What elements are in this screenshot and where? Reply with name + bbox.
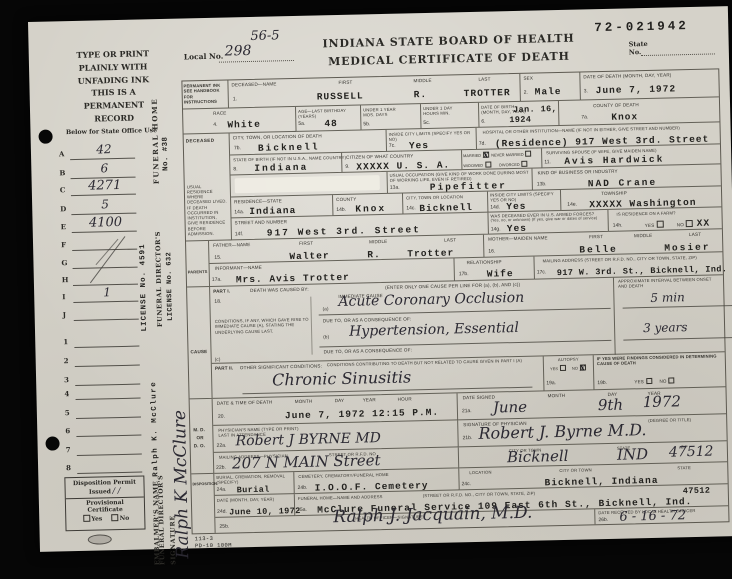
stub-row-I: I1 <box>62 291 138 306</box>
autopsy-yes-no: YES NO <box>544 362 593 372</box>
field-number: 5b. <box>363 121 370 127</box>
section-label-do: D. O. <box>194 443 206 449</box>
instruction-line: UNFADING INK <box>65 73 161 88</box>
field-number: 14a. <box>234 209 244 215</box>
field-label: DATE (MONTH, DAY, YEAR) <box>215 494 294 503</box>
field-label: MIDDLE <box>413 78 431 84</box>
date-signed-year: 1972 <box>643 392 682 411</box>
field-number: 25b. <box>219 524 229 530</box>
part2-value: Chronic Sinusitis <box>272 367 411 389</box>
field-number: 7a. <box>581 114 588 120</box>
farm-yes-checkbox <box>656 221 663 228</box>
cause-b-tag: (b) <box>323 334 329 340</box>
field-label: FATHER—NAME <box>213 242 250 249</box>
cause-a-interval: 5 min <box>650 290 685 305</box>
section-strip-cause: CAUSE <box>187 287 213 399</box>
stub-row-2: 2 <box>64 355 140 370</box>
stub-row-8: 8 <box>66 462 142 477</box>
field-label: TOWNSHIP <box>601 190 627 196</box>
field-number: 7c. <box>389 143 396 149</box>
field-number: 14g. <box>491 226 501 232</box>
field-number: 26b. <box>598 517 608 523</box>
scanned-certificate-paper: TYPE OR PRINT PLAINLY WITH UNFADING INK … <box>28 6 732 552</box>
date-of-death-value: June 7, 1972 <box>596 83 677 96</box>
stub-instructions: TYPE OR PRINT PLAINLY WITH UNFADING INK … <box>65 47 163 126</box>
field-label: DECEASED—NAME <box>231 81 276 88</box>
stub-row-key: J <box>63 310 67 319</box>
section-strip-disposition: DISPOSITION <box>191 474 215 534</box>
usual-residence-note: USUAL RESIDENCE WHERE DECEASED LIVED. IF… <box>184 145 231 236</box>
field-sex: SEX 2. Male <box>520 72 581 101</box>
race-value: White <box>227 119 261 131</box>
field-age: AGE—LAST BIRTHDAY (YEARS) 5a. 48 <box>296 105 362 131</box>
field-sublabel: MOS. DAYS <box>361 111 420 118</box>
field-label: STATE <box>677 465 691 471</box>
field-sublabel: HOURS MIN. <box>421 110 478 117</box>
field-inside-city-limits-death: INSIDE CITY LIMITS (SPECIFY YES OR NO) 7… <box>387 128 477 152</box>
hole-punch-top <box>38 129 52 143</box>
stub-row-key: F <box>61 240 66 249</box>
field-disposition-date: DATE (MONTH, DAY, YEAR) 24d. June 10, 19… <box>215 494 295 518</box>
section-strip-parents: PARENTS <box>186 241 210 288</box>
field-label: MONTH <box>295 399 313 405</box>
field-label: SEX <box>523 76 533 82</box>
field-label: DATE OF DEATH (MONTH, DAY, YEAR) <box>583 72 671 80</box>
field-number: 19a. <box>546 380 556 386</box>
married-checkbox <box>483 152 489 158</box>
field-label: INFORMANT—NAME <box>215 265 262 272</box>
field-label: INSIDE CITY LIMITS (SPECIFY YES OR NO) <box>387 128 476 143</box>
marital-line-2: WIDOWED DIVORCED <box>462 156 541 168</box>
field-autopsy: AUTOPSY YES NO 19a. <box>544 355 595 391</box>
field-label: CEMETERY, CREMATORY/FUNERAL HOME <box>298 472 388 479</box>
field-label: LAST <box>689 232 701 238</box>
findings-yes-checkbox <box>646 378 652 384</box>
funeral-home-number: No. #38 <box>162 137 171 171</box>
field-number: 14h. <box>613 223 623 229</box>
field-number: 17a. <box>212 277 222 283</box>
field-label: FUNERAL HOME—NAME AND ADDRESS <box>298 494 383 501</box>
stub-row-key: 1 <box>63 337 68 346</box>
findings-no-checkbox <box>669 377 675 383</box>
field-number: 20. <box>218 414 225 420</box>
autopsy-yes-checkbox <box>560 365 566 371</box>
funeral-director-sig-label-1: FUNERAL DIRECTOR'S <box>157 475 166 565</box>
degree-label: (DEGREE OR TITLE) <box>648 417 691 423</box>
state-no-label-2: No. <box>629 48 642 56</box>
surviving-spouse-value: Avis Hardwick <box>564 154 664 167</box>
director-license-number-vertical: LICENSE No. 632 <box>165 252 175 321</box>
stub-row-1: 1 <box>63 336 139 351</box>
stub-row-key: 3 <box>64 375 69 384</box>
physician-name-value: Robert J BYRNE MD <box>235 430 381 449</box>
license-number-vertical: LICENSE No. 4591 <box>139 243 149 331</box>
permanent-ink-note: PERMANENT INK SEE HANDBOOK FOR INSTRUCTI… <box>182 80 228 106</box>
field-number: 4. <box>213 122 217 128</box>
relationship-value: Wife <box>487 268 514 280</box>
date-received-value: 6 - 16 - 72 <box>619 508 686 525</box>
field-residence-on-farm: IS RESIDENCE ON A FARM? 14h. YES NO XX <box>608 207 721 232</box>
funeral-home-zip: 47512 <box>683 486 711 497</box>
physician-state-value: IND <box>617 445 648 464</box>
cause-b-interval: 3 years <box>643 320 688 335</box>
stub-row-value: 42 <box>73 142 135 157</box>
stub-row-key: E <box>61 222 67 231</box>
field-label: MOTHER—MAIDEN NAME <box>488 235 548 242</box>
field-label: CITY, TOWN OR LOCATION <box>406 194 463 201</box>
field-date-of-death: DATE OF DEATH (MONTH, DAY, YEAR) 3. June… <box>580 69 719 100</box>
funeral-home-vertical-label: FUNERAL HOME <box>150 98 161 185</box>
section-label-cause: CAUSE <box>190 349 207 355</box>
field-number: 14e. <box>567 202 577 208</box>
stub-row-key: G <box>61 258 67 267</box>
field-armed-forces: WAS DECEASED EVER IN U.S. ARMED FORCES? … <box>488 210 608 235</box>
city-of-death-value: Bicknell <box>258 141 320 153</box>
father-middle-name: R. <box>367 249 381 260</box>
findings-label: IF YES WERE FINDINGS CONSIDERED IN DETER… <box>594 352 725 366</box>
stub-row-5: 5 <box>65 407 141 422</box>
field-number: 7b. <box>234 145 241 151</box>
field-number: 13b. <box>537 181 547 187</box>
redacted-area <box>235 175 380 193</box>
field-number: 14f. <box>235 231 243 237</box>
field-label: MONTH <box>548 393 566 399</box>
field-number: 17b. <box>459 271 469 277</box>
field-number: 5c. <box>423 120 430 126</box>
widowed-checkbox <box>485 162 491 168</box>
state-of-birth-value: Indiana <box>254 162 308 174</box>
field-race: RACE 4. White <box>183 107 297 135</box>
field-number: 24c. <box>462 481 472 487</box>
field-label: FIRST <box>338 80 352 86</box>
field-state-of-birth: STATE OF BIRTH (IF NOT IN U.S.A., NAME C… <box>230 153 342 176</box>
field-label: CITIZEN OF WHAT COUNTRY <box>346 153 413 160</box>
stub-row-6: 6 <box>65 425 141 440</box>
union-bug <box>88 534 112 545</box>
stub-row-key: 2 <box>64 356 69 365</box>
caused-by-label: DEATH WAS CAUSED BY: <box>250 287 309 294</box>
stub-row-E: E4100 <box>61 221 137 236</box>
field-number: 14d. <box>490 204 500 210</box>
permit-yes-checkbox <box>83 515 90 522</box>
field-findings-considered: IF YES WERE FINDINGS CONSIDERED IN DETER… <box>594 352 726 390</box>
field-label: YEAR <box>363 397 376 403</box>
stub-row-value: 5 <box>74 197 136 212</box>
field-relationship: RELATIONSHIP 17b. Wife <box>454 257 535 282</box>
date-of-birth-month-day: Jan. 16, <box>513 104 557 115</box>
physician-zip-value: 47512 <box>669 444 714 461</box>
permit-issued-dates: / / <box>112 486 120 495</box>
stub-row-7: 7 <box>66 444 142 459</box>
farm-no-mark: XX <box>697 218 711 229</box>
field-label: RESIDENCE—STATE <box>234 198 282 205</box>
field-number: 17c. <box>537 269 547 275</box>
stub-row-4: 4 <box>64 388 140 403</box>
farm-no-label: NO <box>677 220 694 228</box>
farm-yes-label: YES <box>645 221 665 229</box>
field-label: COUNTY OF DEATH <box>593 102 639 109</box>
part1-label: PART I. <box>213 288 230 294</box>
date-time-of-death-value: June 7, 1972 12:15 P.M. <box>285 407 439 421</box>
embalmer-name: Ralph K. McClure <box>150 381 160 477</box>
field-label: COUNTY <box>336 197 356 203</box>
field-number: 1. <box>233 96 237 102</box>
part2-label: PART II. <box>215 365 234 371</box>
field-residence-city-limits: INSIDE CITY LIMITS (SPECIFY YES OR NO) 1… <box>488 190 561 213</box>
section-strip-deceased: DECEASED USUAL RESIDENCE WHERE DECEASED … <box>184 133 232 241</box>
field-label: MIDDLE <box>634 233 652 239</box>
form-code-line-2: PD-10 100M <box>195 542 232 550</box>
stub-row-key: 6 <box>65 426 70 435</box>
stub-row-key: 8 <box>66 463 71 472</box>
field-label: LAST <box>478 77 490 83</box>
interval-header: APPROXIMATE INTERVAL BETWEEN ONSET AND D… <box>618 276 718 289</box>
field-label: MIDDLE <box>369 239 387 245</box>
section-label-deceased: DECEASED <box>184 133 229 146</box>
field-label: FIRST <box>299 241 313 247</box>
field-label: IS RESIDENCE ON A FARM? <box>616 210 675 217</box>
armed-forces-value: Yes <box>507 223 527 234</box>
residence-county-value: Knox <box>355 203 386 215</box>
permit-no-checkbox <box>112 514 119 521</box>
sex-value: Male <box>535 86 562 98</box>
field-number: 14c. <box>406 205 416 211</box>
cause-a-value: Acute Coronary Occlusion <box>338 290 524 310</box>
field-under-1-year: UNDER 1 YEAR MOS. DAYS 5b. <box>361 104 422 130</box>
stub-row-key: C <box>60 185 66 194</box>
due-to-label-c: DUE TO, OR AS A CONSEQUENCE OF: <box>324 347 413 355</box>
field-label: DATE SIGNED <box>463 395 496 401</box>
field-number: 5a. <box>298 121 305 127</box>
age-value: 48 <box>324 118 338 129</box>
cause-c-tag: (c) <box>215 357 221 363</box>
stub-row-value: 4100 <box>74 215 136 231</box>
section-label-or: OR <box>196 435 203 441</box>
father-first-name: Walter <box>289 250 329 262</box>
stub-row-key: 5 <box>65 408 70 417</box>
disposition-permit-box: Disposition Permit Issued / / Provisiona… <box>64 475 145 531</box>
interval-column-divider <box>613 278 616 355</box>
field-number: 19b. <box>597 380 607 386</box>
stub-row-value: 1 <box>76 285 138 300</box>
field-number: 7d. <box>479 141 486 147</box>
field-label: RACE <box>213 111 227 117</box>
field-number: 22a. <box>217 443 227 449</box>
residence-state-value: Indiana <box>249 205 296 217</box>
field-number: 24d. <box>217 509 227 515</box>
field-label: DATE & TIME OF DEATH <box>217 400 273 407</box>
instruction-line: RECORD <box>66 111 162 126</box>
field-number: 13a. <box>390 185 400 191</box>
deceased-first-name: RUSSELL <box>317 90 364 102</box>
field-number: 14b. <box>336 207 346 213</box>
farm-no-checkbox <box>686 220 693 227</box>
hole-punch-bottom <box>45 436 59 450</box>
state-file-number-stamp: 72-021942 <box>594 19 689 35</box>
residence-city-limits-value: Yes <box>506 201 526 212</box>
field-label: DAY <box>335 398 345 404</box>
findings-yes-no: YES NO <box>634 377 675 385</box>
date-of-birth-year: 1924 <box>509 115 531 125</box>
stub-row-key: D <box>60 204 66 213</box>
health-officer-signature-value: Ralph J. Jacquain, M.D. <box>333 503 533 528</box>
date-signed-day: 9th <box>598 396 624 415</box>
field-number: 15. <box>214 255 221 261</box>
deceased-last-name: TROTTER <box>464 87 511 99</box>
field-sublabel: (STREET OR R.F.D. NO., CITY OR TOWN, STA… <box>423 491 535 499</box>
field-burial-cremation: BURIAL, CREMATION, REMOVAL (SPECIFY) 24a… <box>214 472 294 496</box>
permit-yes-no: Yes No <box>66 513 144 523</box>
mother-first-name: Belle <box>579 244 618 256</box>
field-marital-status: MARRIED NEVER MARRIED WIDOWED DIVORCED <box>462 148 542 170</box>
autopsy-no-checkbox <box>580 365 586 371</box>
field-residence-city: CITY, TOWN OR LOCATION 14c. Bicknell <box>403 192 488 215</box>
cause-of-death-part1: PART I. DEATH WAS CAUSED BY: (ENTER ONLY… <box>210 275 725 364</box>
section-label-md: M. D. <box>193 427 205 433</box>
stub-row-value: 4271 <box>74 178 136 194</box>
field-number: 8. <box>233 166 237 172</box>
field-number: 3. <box>584 88 588 94</box>
field-label: HOUR <box>398 396 412 402</box>
field-number: 16. <box>488 248 495 254</box>
field-date-received: DATE RECEIVED BY LOCAL HEALTH OFFICER 26… <box>595 506 728 524</box>
field-date-of-birth: DATE OF BIRTH (MONTH, DAY, YEAR) 6. Jan.… <box>479 101 560 128</box>
field-number: 22b. <box>216 465 226 471</box>
funeral-directors-label-vertical: FUNERAL DIRECTOR'S <box>154 231 164 327</box>
stub-row-key: A <box>59 149 65 158</box>
field-number: 21a. <box>462 408 472 414</box>
state-no-label-1: State <box>629 40 648 48</box>
field-number: 24a. <box>217 487 227 493</box>
field-label: KIND OF BUSINESS OR INDUSTRY <box>537 169 617 177</box>
county-of-death-value: Knox <box>611 111 638 123</box>
field-label: FIRST <box>589 234 603 240</box>
stub-row-3: 3 <box>64 374 140 389</box>
section-strip-md-do: M. D. OR D. O. <box>190 399 215 475</box>
stub-row-key: 7 <box>66 445 71 454</box>
permanent-ink-note-cell: PERMANENT INK SEE HANDBOOK FOR INSTRUCTI… <box>182 80 229 109</box>
conditions-note: CONDITIONS, IF ANY, WHICH GAVE RISE TO I… <box>215 317 313 335</box>
stub-row-F: F <box>61 239 137 254</box>
stub-row-key: I <box>62 292 65 301</box>
field-number: 9. <box>345 164 349 170</box>
physician-signature-value: Robert J. Byrne M.D. <box>478 420 646 443</box>
field-under-1-day: UNDER 1 DAY HOURS MIN. 5c. <box>421 103 480 129</box>
stub-row-key: 4 <box>64 389 69 398</box>
physician-street-value: 207 N MAIN Street <box>232 451 381 472</box>
field-number: 24b. <box>298 485 308 491</box>
stub-row-J: J <box>63 309 139 324</box>
field-label: CITY, TOWN, OR LOCATION OF DEATH <box>233 133 322 141</box>
cause-a-tag: (a) <box>323 306 329 312</box>
inside-city-limits-value: Yes <box>409 140 429 151</box>
field-label: STREET AND NUMBER <box>235 219 288 226</box>
divorced-checkbox <box>522 161 528 167</box>
deceased-middle-name: R. <box>414 89 428 100</box>
field-number: 2. <box>524 90 528 96</box>
stub-row-value: 6 <box>73 161 135 176</box>
field-label: LOCATION <box>469 470 491 476</box>
stub-row-key: B <box>59 168 65 177</box>
field-number: 6. <box>481 119 485 125</box>
section-label-parents: PARENTS <box>188 269 208 274</box>
section-label-disposition: DISPOSITION <box>192 482 217 487</box>
field-number: 18. <box>214 299 221 305</box>
field-county-of-death: COUNTY OF DEATH 7a. Knox <box>559 97 720 126</box>
field-citizen-of-country: CITIZEN OF WHAT COUNTRY 9. XXXXX U. S. A… <box>342 150 462 173</box>
physician-city-value: Bicknell <box>507 447 569 466</box>
never-married-checkbox <box>526 151 532 157</box>
field-residence-state: RESIDENCE—STATE 14a. Indiana <box>231 195 333 218</box>
certificate-form-grid: PERMANENT INK SEE HANDBOOK FOR INSTRUCTI… <box>181 68 729 534</box>
field-label: RELATIONSHIP <box>467 259 502 266</box>
date-signed-month: June <box>493 398 528 417</box>
permit-issued: Issued / / <box>66 485 144 496</box>
field-number: 21b. <box>462 435 472 441</box>
field-label: CITY OR TOWN <box>559 467 592 473</box>
cause-b-value: Hypertension, Essential <box>349 320 519 340</box>
stub-row-key: H <box>62 275 69 284</box>
field-label: LAST <box>444 237 456 243</box>
field-number: 25a. <box>297 507 307 513</box>
field-residence-county: COUNTY 14b. Knox <box>333 194 403 217</box>
field-number: 11. <box>544 159 551 165</box>
